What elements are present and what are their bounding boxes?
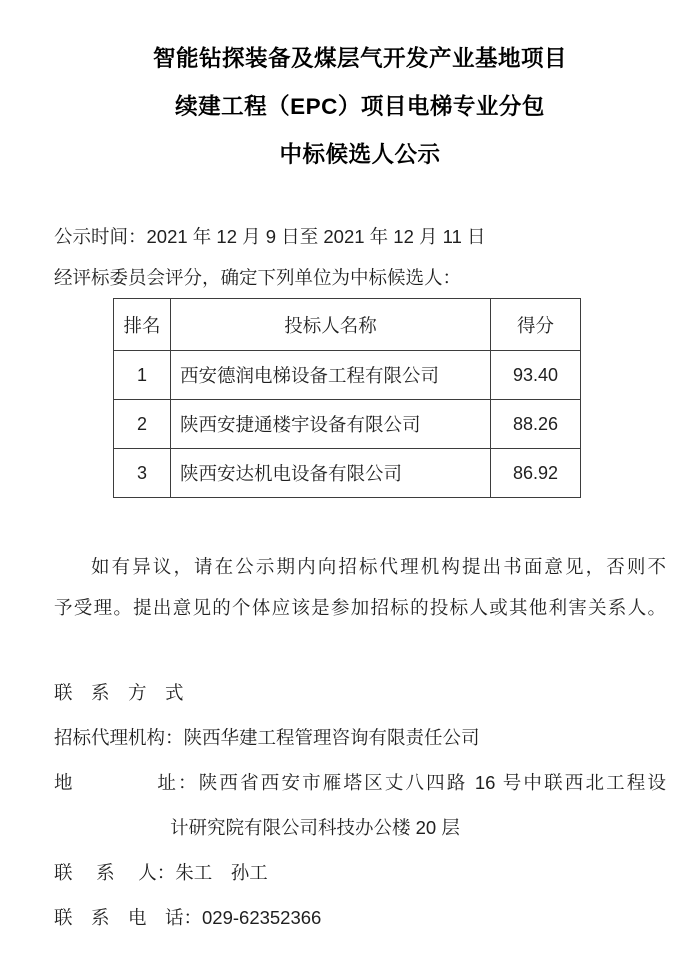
objection-line-2: 予受理。提出意见的个体应该是参加招标的投标人或其他利害关系人。: [54, 587, 666, 628]
table-header-row: 排名 投标人名称 得分: [114, 299, 581, 351]
table-row: 1 西安德润电梯设备工程有限公司 93.40: [114, 351, 581, 400]
bidder-cell: 陕西安捷通楼宇设备有限公司: [171, 400, 491, 449]
title-line-2: 续建工程（EPC）项目电梯专业分包: [54, 83, 666, 131]
bid-candidates-table: 排名 投标人名称 得分 1 西安德润电梯设备工程有限公司 93.40 2 陕西安…: [113, 298, 581, 498]
score-cell: 93.40: [491, 351, 581, 400]
document-title: 智能钻探装备及煤层气开发产业基地项目 续建工程（EPC）项目电梯专业分包 中标候…: [54, 35, 666, 179]
score-cell: 88.26: [491, 400, 581, 449]
contact-section-title: 联 系 方 式: [54, 670, 666, 715]
contact-section: 联 系 方 式 招标代理机构：陕西华建工程管理咨询有限责任公司 地 址：陕西省西…: [54, 670, 666, 940]
publicity-period-line: 公示时间：2021 年 12 月 9 日至 2021 年 12 月 11 日: [54, 216, 666, 257]
score-cell: 86.92: [491, 449, 581, 498]
evaluation-note-line: 经评标委员会评分，确定下列单位为中标候选人：: [54, 257, 666, 298]
contact-person-line: 联 系 人：朱工 孙工: [54, 850, 666, 895]
bidder-cell: 西安德润电梯设备工程有限公司: [171, 351, 491, 400]
address-line-1: 地 址：陕西省西安市雁塔区丈八四路 16 号中联西北工程设: [54, 760, 666, 805]
intro-section: 公示时间：2021 年 12 月 9 日至 2021 年 12 月 11 日 经…: [54, 216, 666, 298]
objection-paragraph: 如有异议，请在公示期内向招标代理机构提出书面意见，否则不 予受理。提出意见的个体…: [54, 546, 666, 628]
document-page: 智能钻探装备及煤层气开发产业基地项目 续建工程（EPC）项目电梯专业分包 中标候…: [0, 0, 700, 971]
agency-line: 招标代理机构：陕西华建工程管理咨询有限责任公司: [54, 715, 666, 760]
table-header-rank: 排名: [114, 299, 171, 351]
table-header-score: 得分: [491, 299, 581, 351]
rank-cell: 3: [114, 449, 171, 498]
contact-phone-line: 联 系 电 话：029-62352366: [54, 895, 666, 940]
title-line-1: 智能钻探装备及煤层气开发产业基地项目: [54, 35, 666, 83]
table-row: 3 陕西安达机电设备有限公司 86.92: [114, 449, 581, 498]
table-header-bidder: 投标人名称: [171, 299, 491, 351]
bidder-cell: 陕西安达机电设备有限公司: [171, 449, 491, 498]
title-line-3: 中标候选人公示: [54, 131, 666, 179]
table-row: 2 陕西安捷通楼宇设备有限公司 88.26: [114, 400, 581, 449]
rank-cell: 1: [114, 351, 171, 400]
objection-line-1: 如有异议，请在公示期内向招标代理机构提出书面意见，否则不: [54, 546, 666, 587]
address-line-2: 计研究院有限公司科技办公楼 20 层: [170, 805, 666, 850]
rank-cell: 2: [114, 400, 171, 449]
